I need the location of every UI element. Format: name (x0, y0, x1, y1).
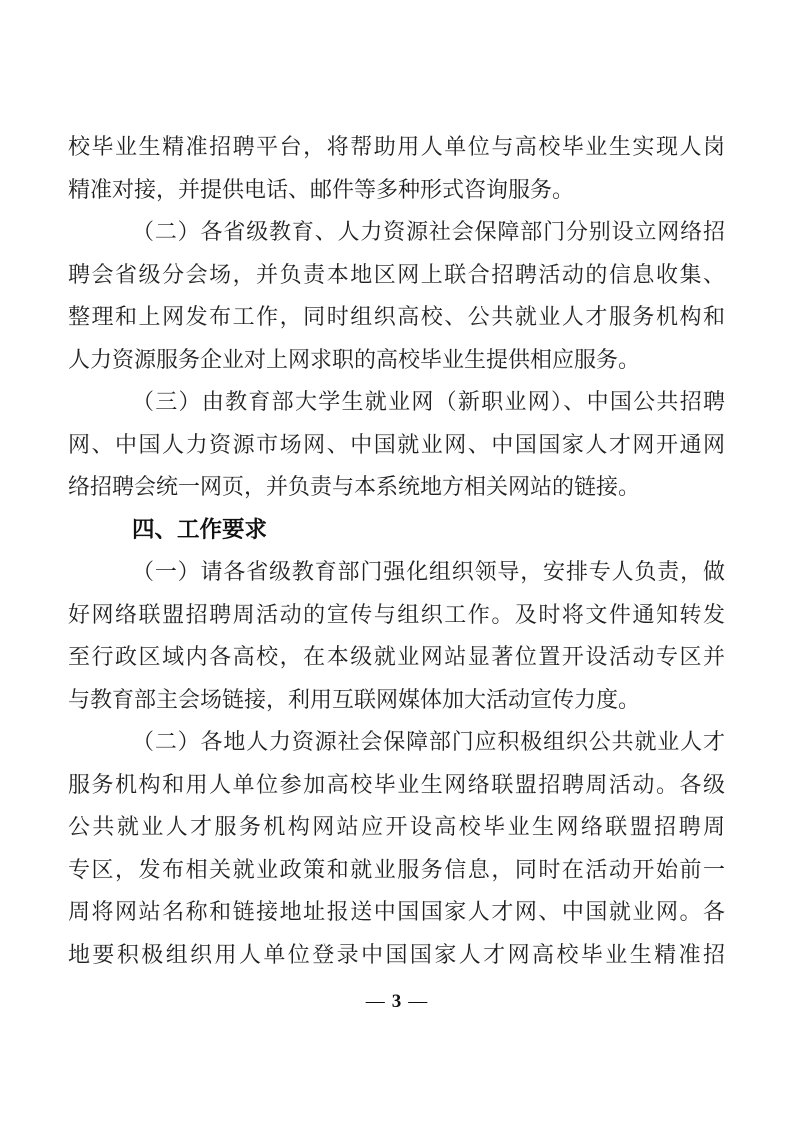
page-number-right-dash: — (408, 991, 427, 1012)
text-line: 校毕业生精准招聘平台，将帮助用人单位与高校毕业生实现人岗 (68, 126, 725, 169)
text-line: 聘会省级分会场，并负责本地区网上联合招聘活动的信息收集、 (68, 254, 725, 297)
page-number: —3— (0, 988, 793, 1016)
text-line: 至行政区域内各高校，在本级就业网站显著位置开设活动专区并 (68, 636, 725, 679)
text-block: 校毕业生精准招聘平台，将帮助用人单位与高校毕业生实现人岗精准对接，并提供电话、邮… (68, 126, 725, 976)
text-line: 公共就业人才服务机构网站应开设高校毕业生网络联盟招聘周 (68, 806, 725, 849)
text-line: （三）由教育部大学生就业网（新职业网）、中国公共招聘 (68, 381, 725, 424)
text-line: 服务机构和用人单位参加高校毕业生网络联盟招聘周活动。各级 (68, 764, 725, 807)
text-line: （二）各省级教育、人力资源社会保障部门分别设立网络招 (68, 211, 725, 254)
text-line: 网、中国人力资源市场网、中国就业网、中国国家人才网开通网 (68, 424, 725, 467)
text-line: 地要积极组织用人单位登录中国国家人才网高校毕业生精准招 (68, 934, 725, 977)
text-line: 周将网站名称和链接地址报送中国国家人才网、中国就业网。各 (68, 891, 725, 934)
text-line: 整理和上网发布工作，同时组织高校、公共就业人才服务机构和 (68, 296, 725, 339)
page-number-left-dash: — (366, 991, 385, 1012)
section-heading: 四、工作要求 (68, 509, 725, 552)
text-line: （一）请各省级教育部门强化组织领导，安排专人负责，做 (68, 551, 725, 594)
text-line: （二）各地人力资源社会保障部门应积极组织公共就业人才 (68, 721, 725, 764)
text-line: 人力资源服务企业对上网求职的高校毕业生提供相应服务。 (68, 339, 725, 382)
page-number-value: 3 (392, 991, 402, 1012)
text-line: 好网络联盟招聘周活动的宣传与组织工作。及时将文件通知转发 (68, 594, 725, 637)
text-line: 络招聘会统一网页，并负责与本系统地方相关网站的链接。 (68, 466, 725, 509)
text-line: 与教育部主会场链接，利用互联网媒体加大活动宣传力度。 (68, 679, 725, 722)
document-page: 校毕业生精准招聘平台，将帮助用人单位与高校毕业生实现人岗精准对接，并提供电话、邮… (0, 0, 793, 1122)
text-line: 专区，发布相关就业政策和就业服务信息，同时在活动开始前一 (68, 849, 725, 892)
text-line: 精准对接，并提供电话、邮件等多种形式咨询服务。 (68, 169, 725, 212)
